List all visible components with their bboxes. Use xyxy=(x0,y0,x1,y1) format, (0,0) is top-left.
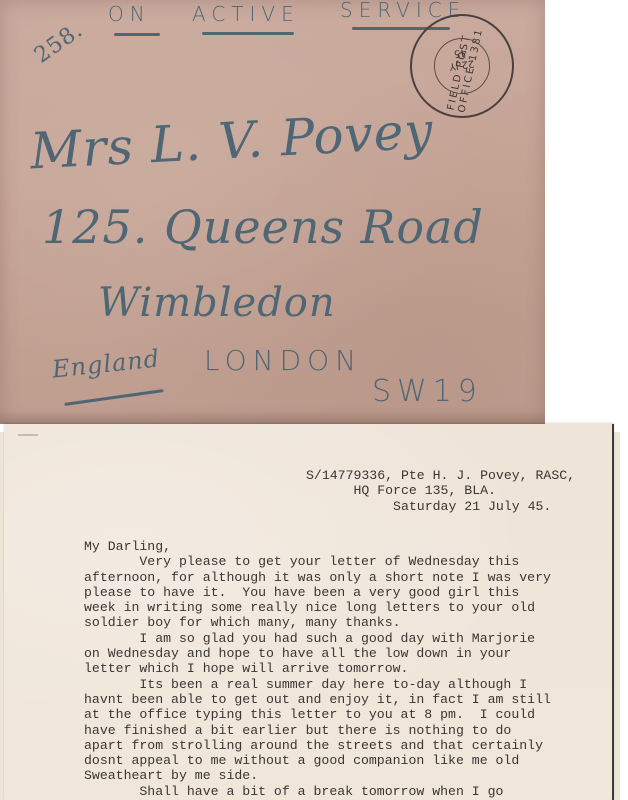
letter-date: Saturday 21 July 45. xyxy=(306,499,575,514)
sender-address: S/14779336, Pte H. J. Povey, RASC, HQ Fo… xyxy=(306,468,575,514)
sender-line: S/14779336, Pte H. J. Povey, RASC, xyxy=(306,468,575,483)
body-line: week in writing some really nice long le… xyxy=(84,600,551,615)
body-line: Shall have a bit of a break tomorrow whe… xyxy=(84,784,551,799)
body-line: soldier boy for which many, many thanks. xyxy=(84,615,551,630)
body-line: Its been a real summer day here to-day a… xyxy=(84,677,551,692)
sender-line: HQ Force 135, BLA. xyxy=(306,483,575,498)
body-line: Very please to get your letter of Wednes… xyxy=(84,554,551,569)
address-city: LONDON xyxy=(204,344,362,377)
reference-number: 258. xyxy=(30,18,88,69)
body-line: I am so glad you had such a good day wit… xyxy=(84,631,551,646)
body-line: please to have it. You have been a very … xyxy=(84,585,551,600)
address-country: England xyxy=(51,344,161,383)
body-line: on Wednesday and hope to have all the lo… xyxy=(84,646,551,661)
marking-on: ON xyxy=(108,2,151,26)
body-line: have finished a bit earlier but there is… xyxy=(84,723,551,738)
marking-underline xyxy=(114,33,160,36)
country-underline xyxy=(64,389,163,406)
envelope: ON ACTIVE SERVICE 258. FIELD POST OFFICE… xyxy=(0,0,545,424)
body-line: letter which I hope will arrive tomorrow… xyxy=(84,661,551,676)
address-district: Wimbledon xyxy=(98,280,336,326)
body-line: afternoon, for although it was only a sh… xyxy=(84,570,551,585)
address-street: 125. Queens Road xyxy=(42,200,484,254)
letter-body: My Darling, Very please to get your lett… xyxy=(84,539,551,799)
salutation: My Darling, xyxy=(84,539,551,554)
fold-mark xyxy=(18,434,38,436)
marking-underline xyxy=(202,32,294,35)
body-line: dosnt appeal to me without a good compan… xyxy=(84,753,551,768)
address-postcode: SW19 xyxy=(372,374,483,409)
body-line: havnt been able to get out and enjoy it,… xyxy=(84,692,551,707)
address-name: Mrs L. V. Povey xyxy=(29,101,435,180)
body-line: apart from strolling around the streets … xyxy=(84,738,551,753)
body-line: Sweatheart by me side. xyxy=(84,768,551,783)
typed-letter: S/14779336, Pte H. J. Povey, RASC, HQ Fo… xyxy=(4,424,614,800)
body-line: at the office typing this letter to you … xyxy=(84,707,551,722)
marking-active: ACTIVE xyxy=(192,2,300,26)
